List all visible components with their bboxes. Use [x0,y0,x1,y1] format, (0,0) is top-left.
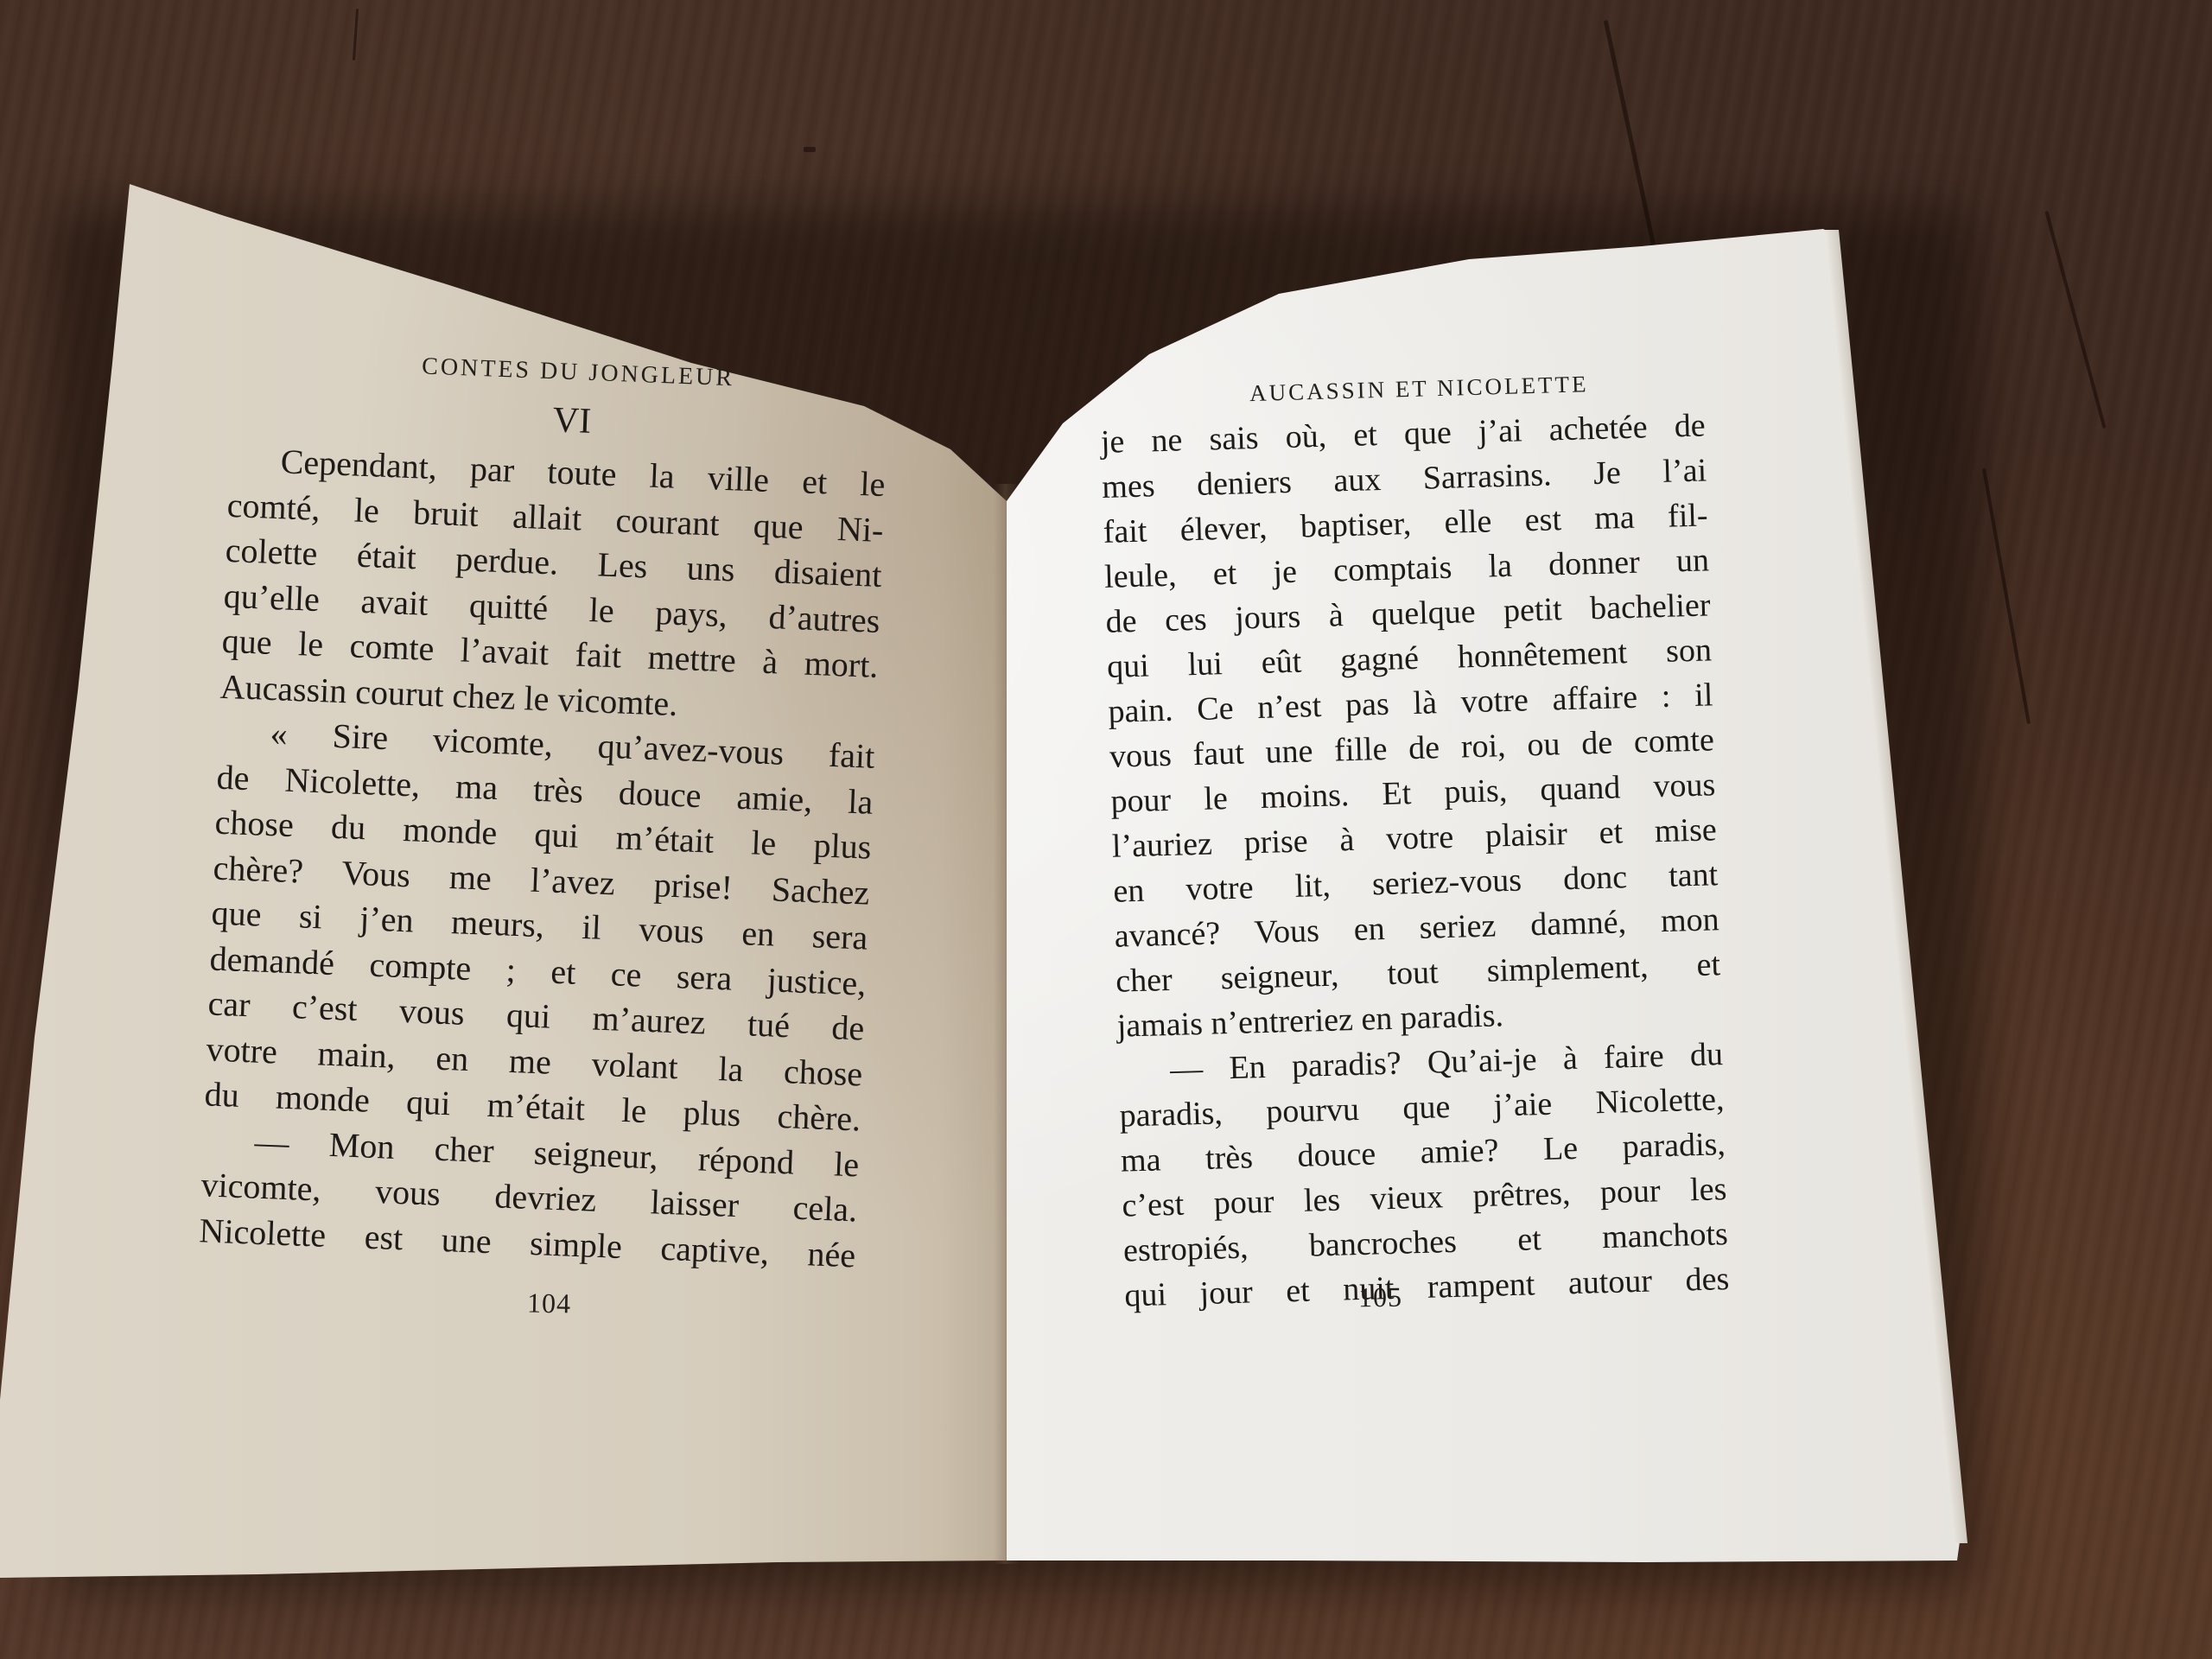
wood-scratch [1982,468,2031,724]
left-page-number: 104 [527,1287,572,1320]
left-page-text: Contes du jongleur VI Cependant, par tou… [199,346,890,1278]
wood-scratch [804,147,816,152]
right-page-text: Aucassin et Nicolette je ne sais où, et … [1099,367,1730,1318]
wood-scratch [353,9,359,60]
wood-scratch [2044,211,2106,429]
right-page-number: 105 [1358,1281,1402,1313]
